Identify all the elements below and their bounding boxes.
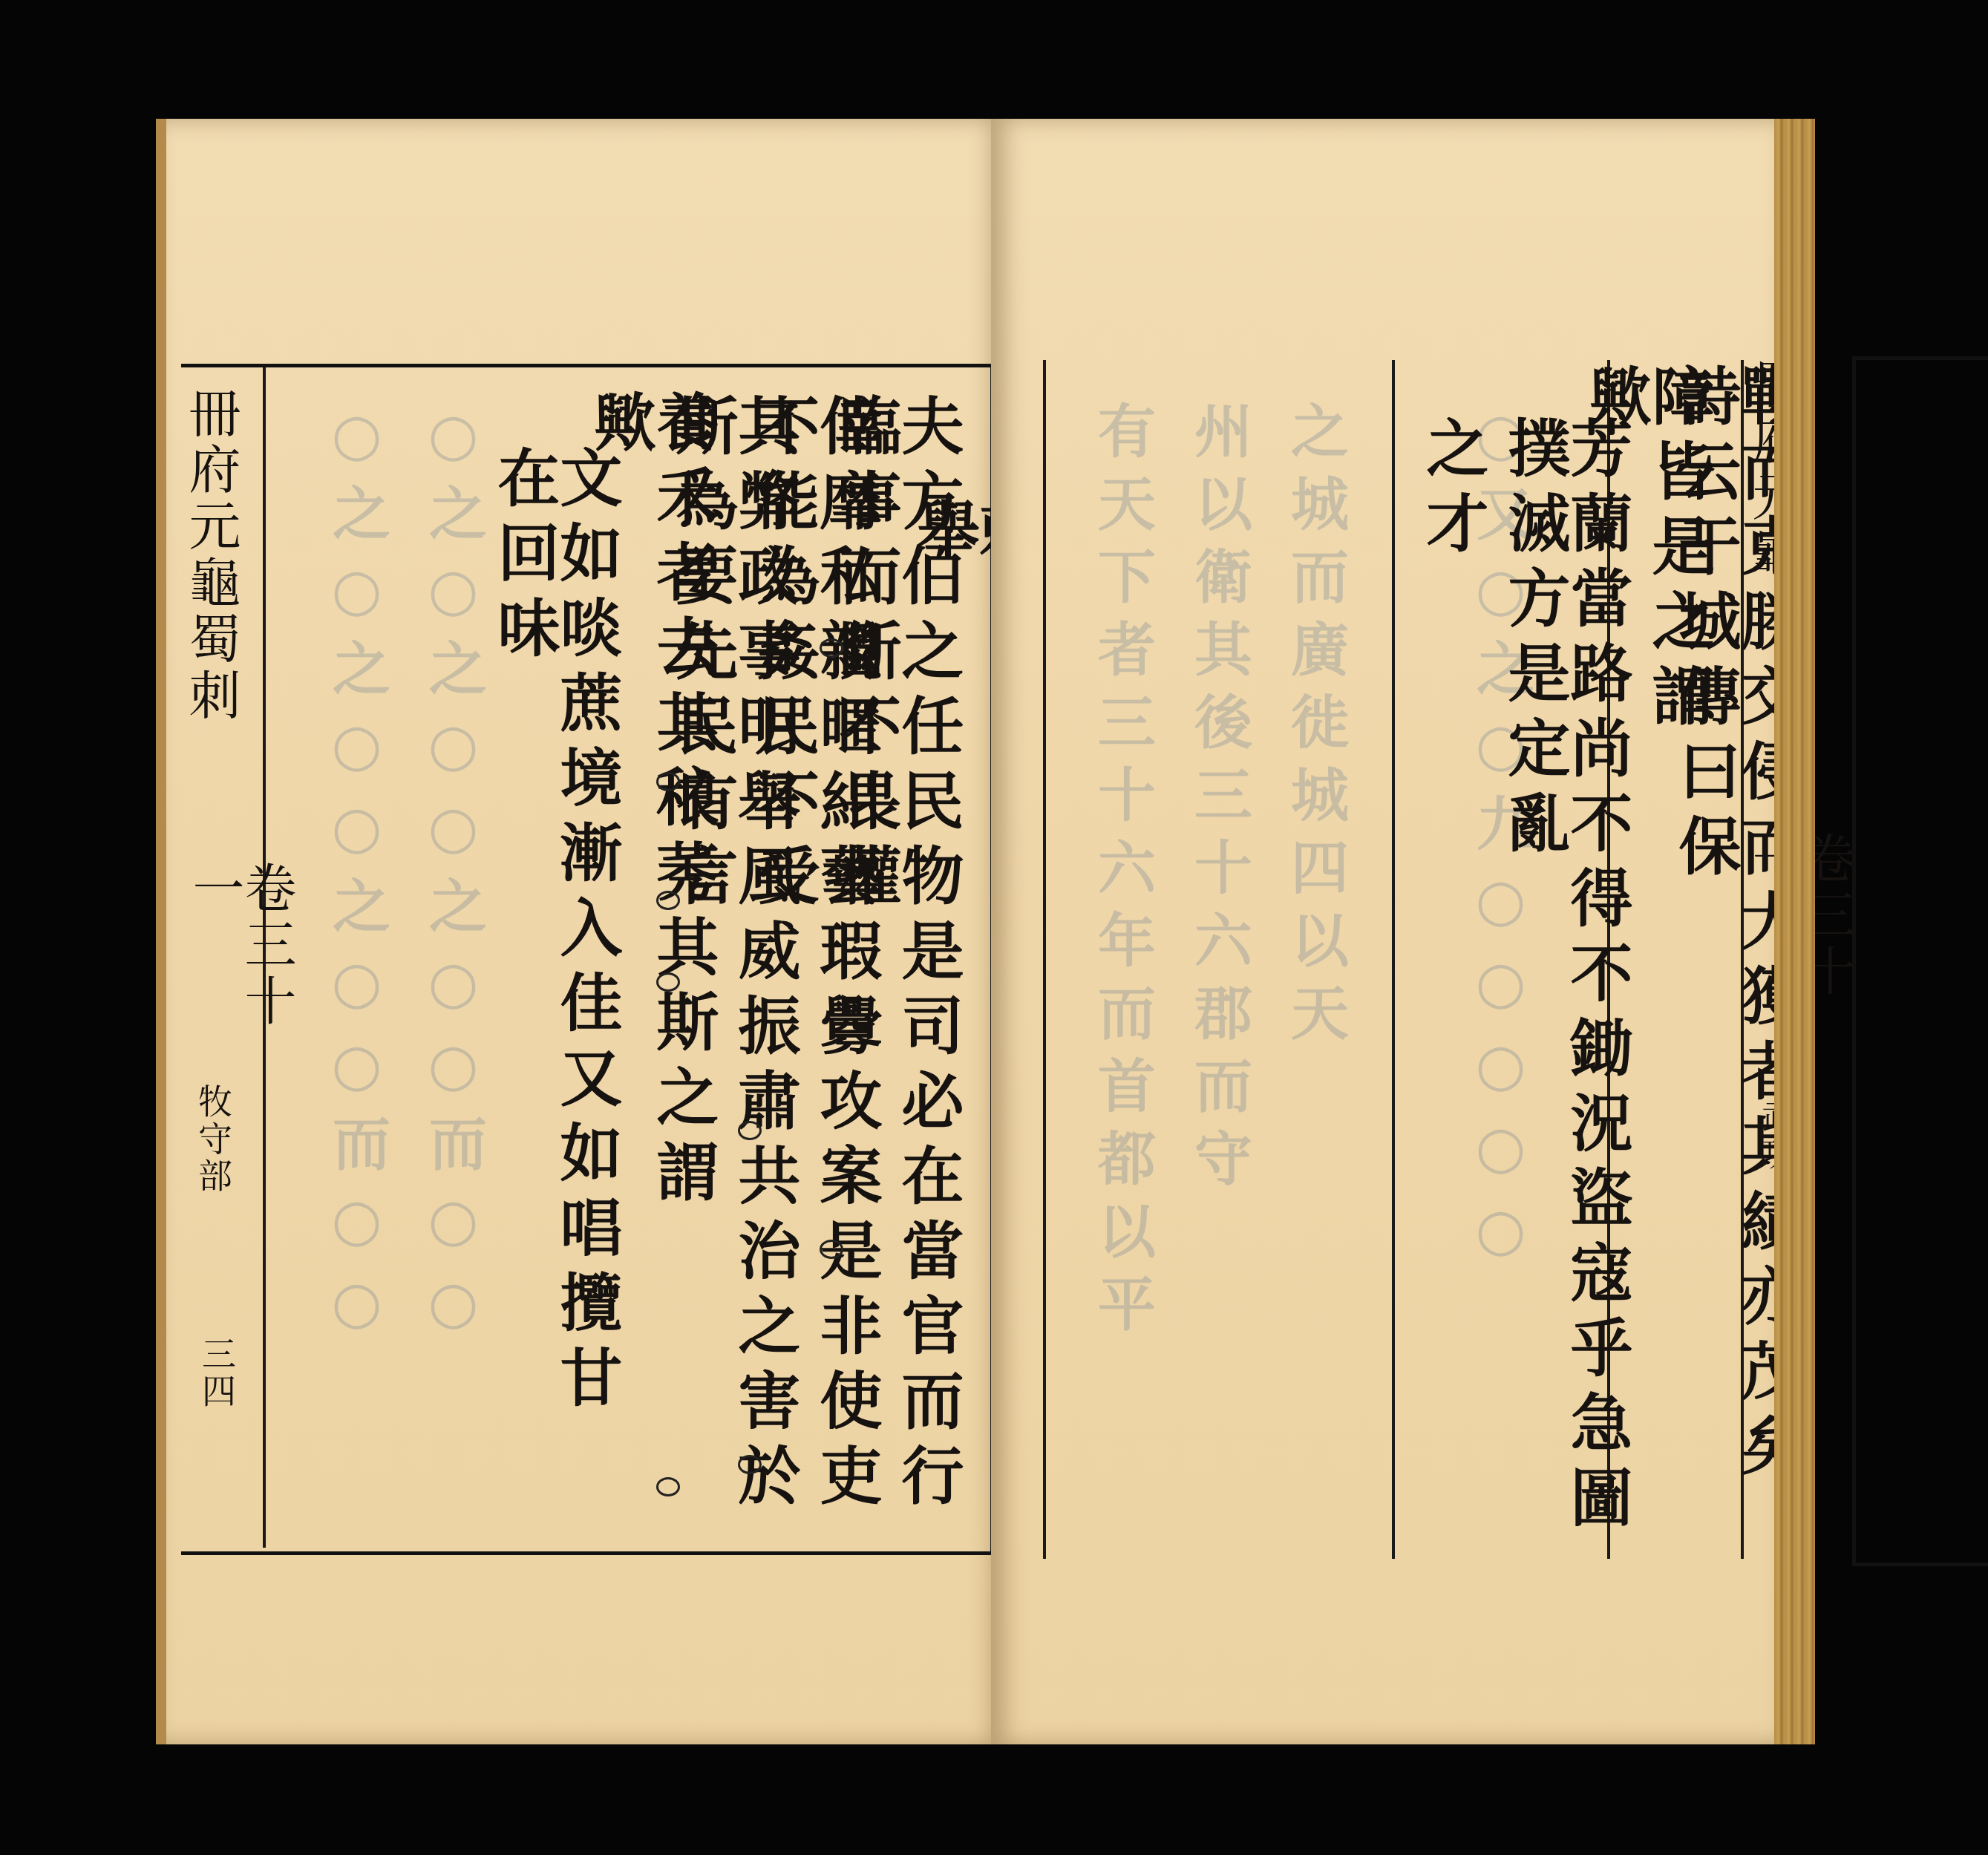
punctuation-circle: [820, 638, 843, 658]
punctuation-circle: [656, 1477, 680, 1496]
show-through-text: 之城而廣徙城四以天: [1273, 401, 1356, 1514]
show-through-text: ○之○之○○之○○而○○: [411, 401, 494, 1514]
punctuation-circle: [656, 972, 680, 992]
punctuation-circle: [820, 1240, 843, 1259]
text-column-3: 芳蘭當路尚不得不鋤況盜寇乎急圖撲滅方是定亂: [1503, 416, 1628, 1603]
right-page: 有天下者三十六年而首都以平 州以衛其後三十六郡而守 之城而廣徙城四以天 ○又○之…: [991, 119, 1774, 1744]
show-through-text: 州以衛其後三十六郡而守: [1177, 401, 1260, 1514]
punctuation-circle: [656, 891, 680, 910]
column-rule: [1392, 360, 1395, 1559]
punctuation-circle: [738, 1121, 762, 1140]
text-column-4: 之才: [1422, 416, 1484, 601]
right-page-frame: [1852, 356, 1988, 1566]
margin-page-number: 三四: [200, 1336, 234, 1425]
page-edges: [1774, 119, 1815, 1744]
show-through-text: ○之○之○○之○○而○○: [315, 401, 398, 1514]
punctuation-circle: [656, 772, 680, 791]
open-book: ○之○之○○之○○而○○ ○之○之○○之○○而○○ 冊府元龜蜀刺 卷三十一 牧守…: [156, 119, 1841, 1744]
margin-volume: 卷三十一: [189, 861, 292, 1084]
margin-section: 牧守部: [196, 1084, 230, 1232]
left-page: ○之○之○○之○○而○○ ○之○之○○之○○而○○ 冊府元龜蜀刺 卷三十一 牧守…: [156, 119, 1005, 1744]
margin-title: 冊府元龜蜀刺: [185, 386, 237, 831]
column-rule: [1043, 360, 1046, 1559]
show-through-text: 有天下者三十六年而首都以平: [1080, 401, 1163, 1514]
punctuation-circle: [738, 1455, 762, 1474]
text-column-5: 文如啖蔗境漸入佳又如唱攬甘在回味: [493, 445, 618, 1485]
